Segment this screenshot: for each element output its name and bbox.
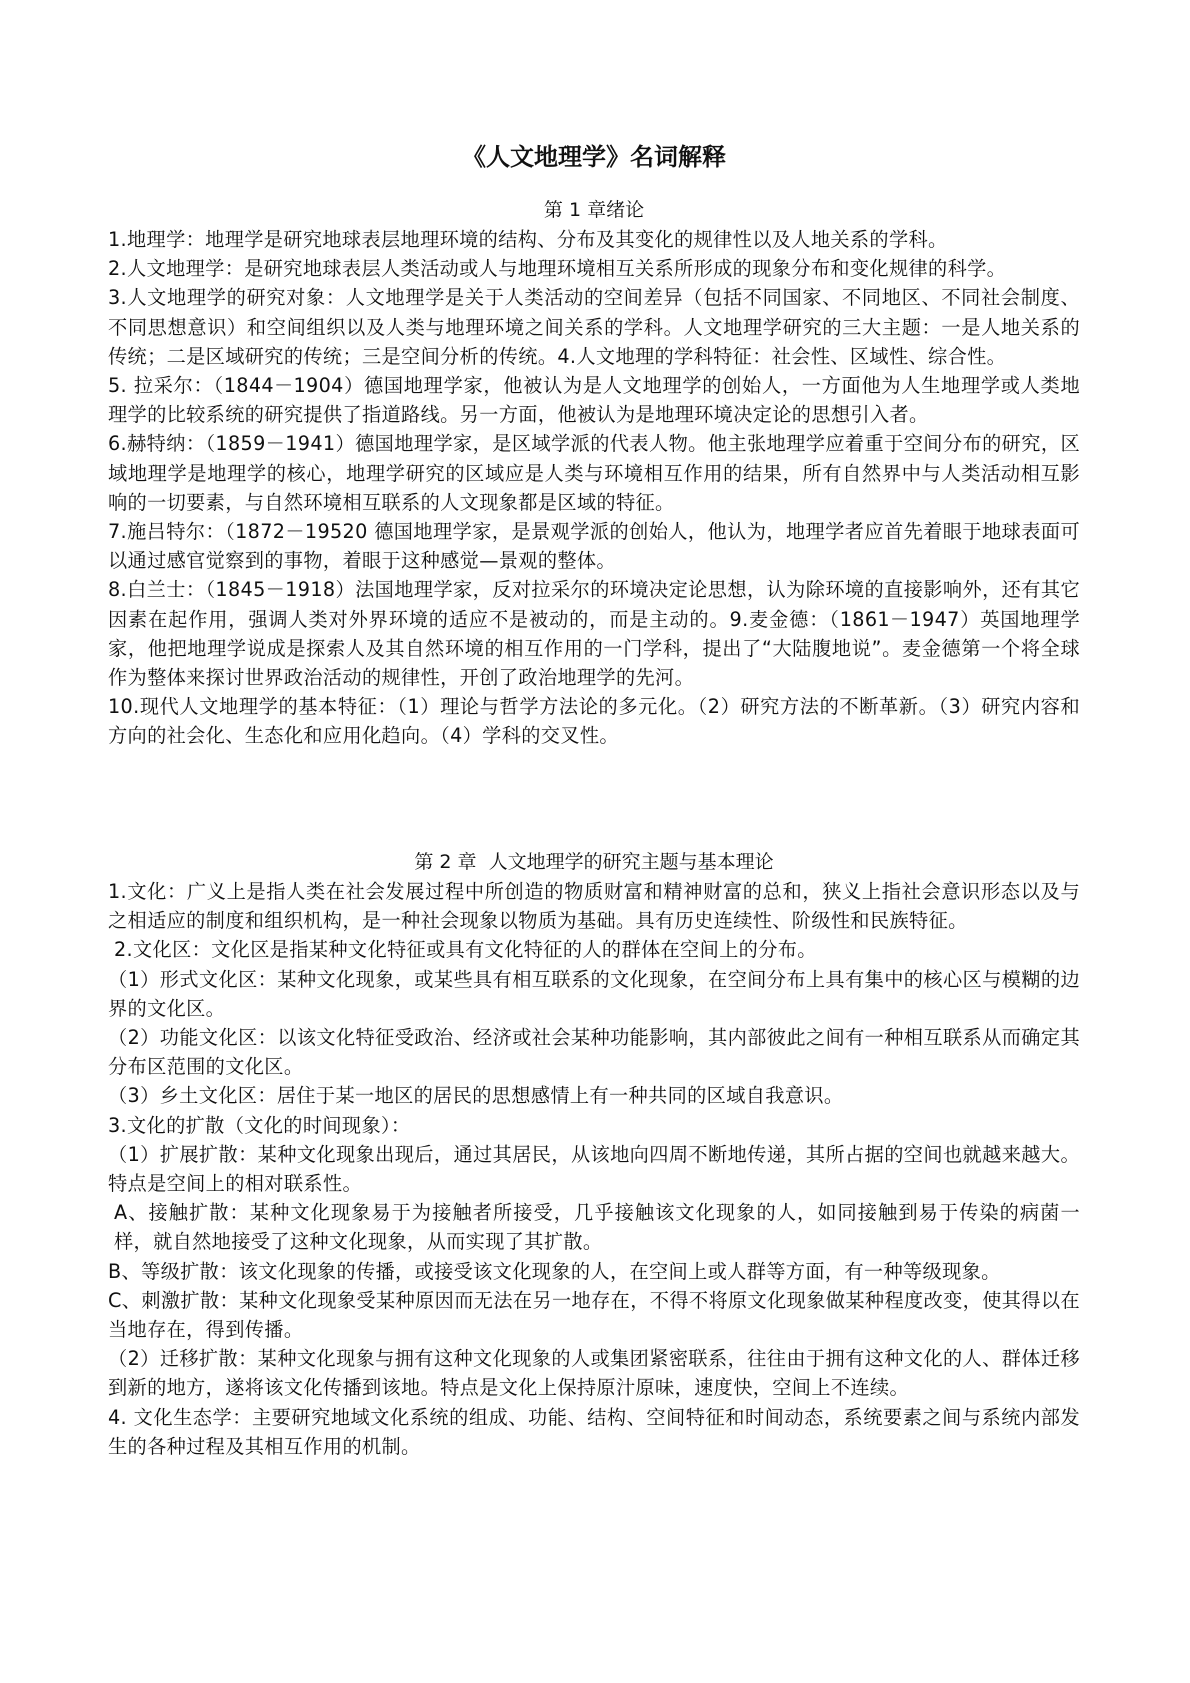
term-subdefinition: （2）迁移扩散：某种文化现象与拥有这种文化现象的人或集团紧密联系，往往由于拥有这… <box>108 1344 1080 1402</box>
term-definition: 2.人文地理学：是研究地球表层人类活动或人与地理环境相互关系所形成的现象分布和变… <box>108 254 1080 283</box>
chapter-1-section: 第 1 章绪论 1.地理学：地理学是研究地球表层地理环境的结构、分布及其变化的规… <box>108 196 1080 751</box>
term-definition: 10.现代人文地理学的基本特征：（1）理论与哲学方法论的多元化。（2）研究方法的… <box>108 692 1080 750</box>
term-definition: 1.地理学：地理学是研究地球表层地理环境的结构、分布及其变化的规律性以及人地关系… <box>108 225 1080 254</box>
term-definition: 8.白兰士：（1845－1918）法国地理学家，反对拉采尔的环境决定论思想，认为… <box>108 575 1080 692</box>
chapter-heading: 第 1 章绪论 <box>108 196 1080 225</box>
term-subdefinition: B、等级扩散：该文化现象的传播，或接受该文化现象的人，在空间上或人群等方面，有一… <box>108 1257 1080 1286</box>
term-definition: 7.施吕特尔：（1872－19520 德国地理学家，是景观学派的创始人，他认为，… <box>108 517 1080 575</box>
term-definition: 4. 文化生态学：主要研究地域文化系统的组成、功能、结构、空间特征和时间动态，系… <box>108 1403 1080 1461</box>
term-subdefinition: （2）功能文化区：以该文化特征受政治、经济或社会某种功能影响，其内部彼此之间有一… <box>108 1023 1080 1081</box>
chapter-heading: 第 2 章 人文地理学的研究主题与基本理论 <box>108 848 1080 877</box>
term-definition: 2.文化区：文化区是指某种文化特征或具有文化特征的人的群体在空间上的分布。 <box>108 935 1080 964</box>
term-subdefinition: C、刺激扩散：某种文化现象受某种原因而无法在另一地存在，不得不将原文化现象做某种… <box>108 1286 1080 1344</box>
chapter-2-section: 第 2 章 人文地理学的研究主题与基本理论 1.文化：广义上是指人类在社会发展过… <box>108 848 1080 1461</box>
document-title: 《人文地理学》名词解释 <box>108 141 1080 173</box>
term-subdefinition: A、接触扩散：某种文化现象易于为接触者所接受，几乎接触该文化现象的人，如同接触到… <box>108 1198 1080 1256</box>
term-definition: 3.人文地理学的研究对象：人文地理学是关于人类活动的空间差异（包括不同国家、不同… <box>108 283 1080 371</box>
term-subdefinition: （1）扩展扩散：某种文化现象出现后，通过其居民，从该地向四周不断地传递，其所占据… <box>108 1140 1080 1198</box>
term-definition: 1.文化：广义上是指人类在社会发展过程中所创造的物质财富和精神财富的总和，狭义上… <box>108 877 1080 935</box>
term-subdefinition: （1）形式文化区：某种文化现象，或某些具有相互联系的文化现象，在空间分布上具有集… <box>108 965 1080 1023</box>
term-definition: 5. 拉采尔：（1844－1904）德国地理学家，他被认为是人文地理学的创始人，… <box>108 371 1080 429</box>
term-definition: 6.赫特纳：（1859－1941）德国地理学家，是区域学派的代表人物。他主张地理… <box>108 429 1080 517</box>
term-definition: 3.文化的扩散（文化的时间现象）： <box>108 1111 1080 1140</box>
term-subdefinition: （3）乡土文化区：居住于某一地区的居民的思想感情上有一种共同的区域自我意识。 <box>108 1081 1080 1110</box>
